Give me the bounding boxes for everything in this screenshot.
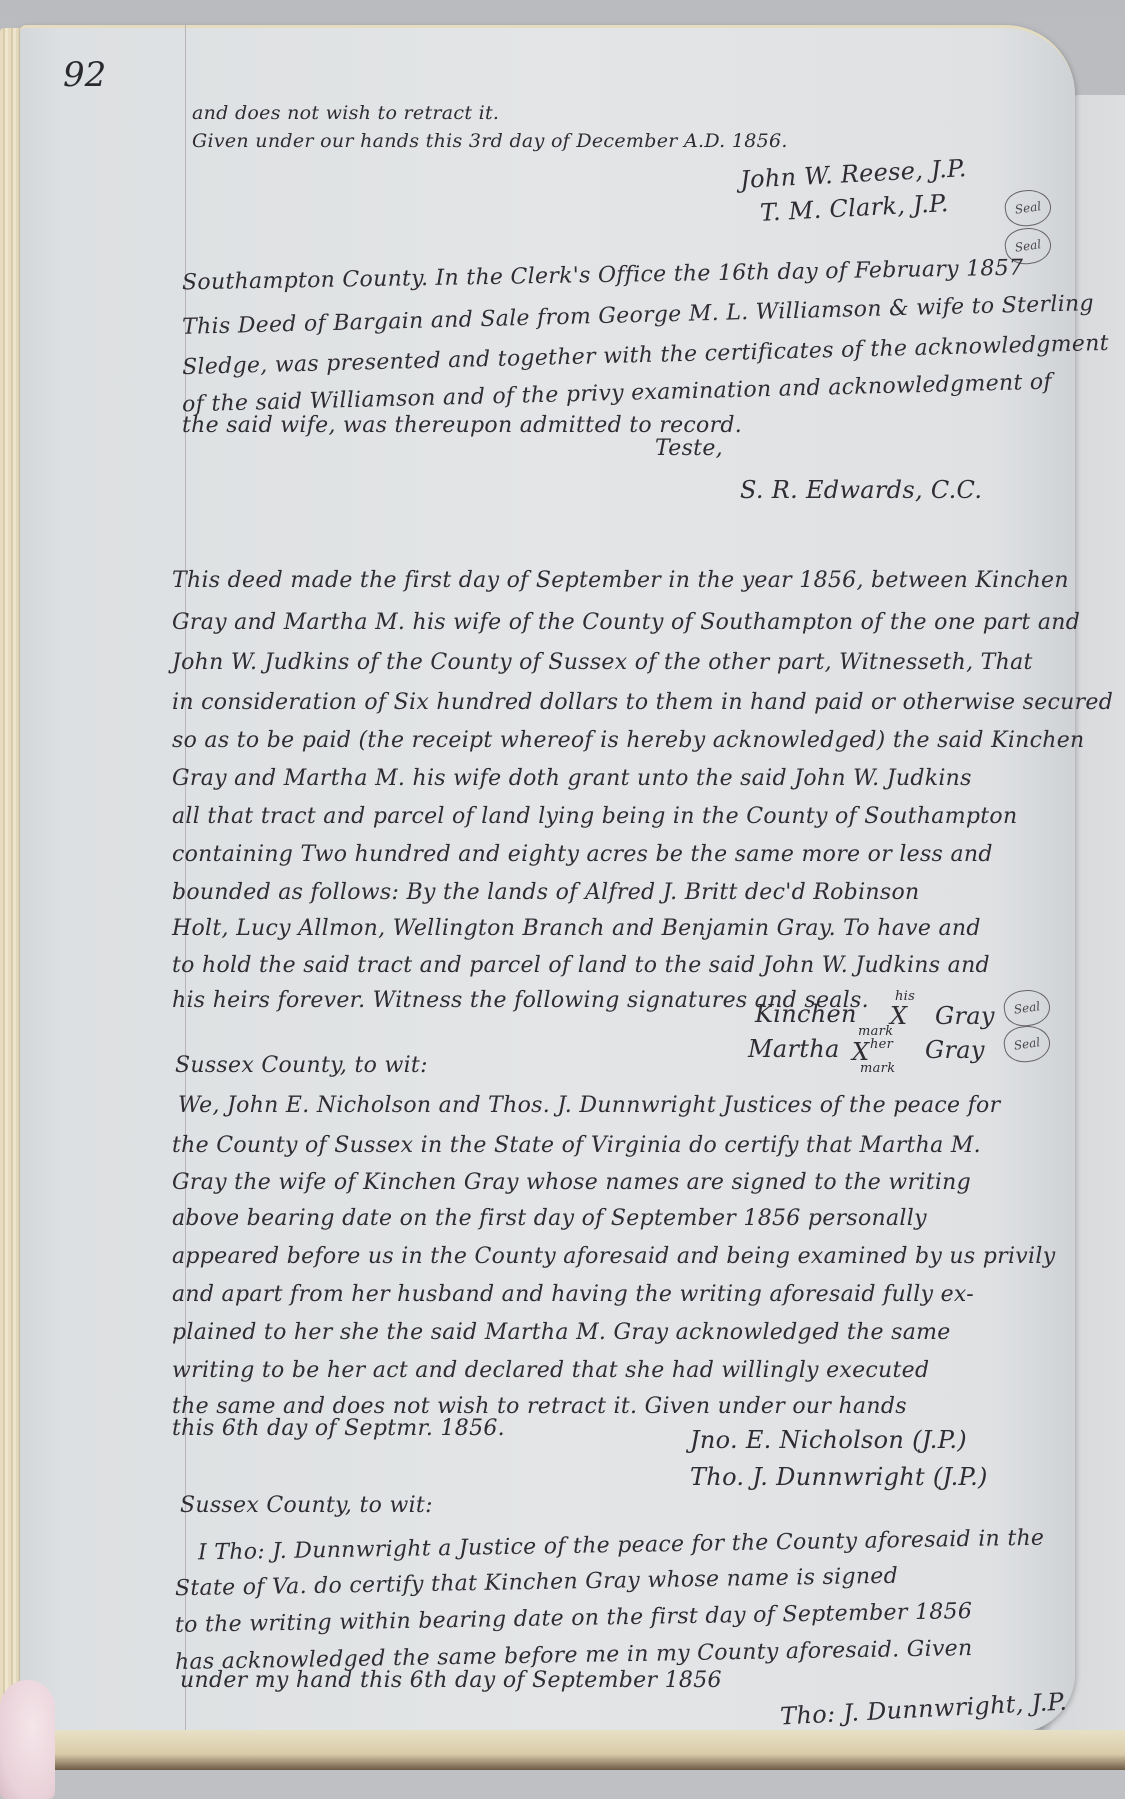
certificate-line: this 6th day of Septmr. 1856. bbox=[172, 1418, 505, 1440]
gloved-finger bbox=[0, 1680, 55, 1799]
certificate-line: Gray the wife of Kinchen Gray whose name… bbox=[172, 1172, 971, 1194]
recording-line: the said wife, was thereupon admitted to… bbox=[182, 415, 742, 437]
certificate-line: and apart from her husband and having th… bbox=[172, 1284, 974, 1306]
grantor-last-name: Gray bbox=[925, 1038, 985, 1062]
deed-line: Gray and Martha M. his wife doth grant u… bbox=[172, 768, 972, 790]
certificate-line: under my hand this 6th day of September … bbox=[180, 1670, 722, 1692]
clerk-signature: S. R. Edwards, C.C. bbox=[740, 478, 982, 502]
certificate-line: appeared before us in the County aforesa… bbox=[172, 1246, 1055, 1268]
deed-line: containing Two hundred and eighty acres … bbox=[172, 844, 993, 866]
deed-line: so as to be paid (the receipt whereof is… bbox=[172, 730, 1085, 752]
justice-signature: Jno. E. Nicholson (J.P.) bbox=[690, 1428, 967, 1452]
section1-line: and does not wish to retract it. bbox=[192, 104, 499, 123]
mark-label-her: her bbox=[870, 1038, 893, 1051]
deed-line: This deed made the first day of Septembe… bbox=[172, 570, 1069, 592]
certificate-line: We, John E. Nicholson and Thos. J. Dunnw… bbox=[178, 1095, 1000, 1117]
deed-line: all that tract and parcel of land lying … bbox=[172, 806, 1017, 828]
certificate-heading: Sussex County, to wit: bbox=[180, 1495, 433, 1517]
certificate-line: the County of Sussex in the State of Vir… bbox=[172, 1135, 981, 1157]
deed-line: bounded as follows: By the lands of Alfr… bbox=[172, 882, 919, 904]
certificate-line: writing to be her act and declared that … bbox=[172, 1360, 929, 1382]
grantor-first-name: Martha bbox=[748, 1037, 840, 1061]
deed-line: in consideration of Six hundred dollars … bbox=[172, 692, 1113, 714]
section1-line: Given under our hands this 3rd day of De… bbox=[192, 132, 788, 151]
deed-line: John W. Judkins of the County of Sussex … bbox=[172, 652, 1033, 674]
certificate-heading: Sussex County, to wit: bbox=[175, 1055, 428, 1077]
teste-label: Teste, bbox=[655, 438, 723, 460]
grantor-last-name: Gray bbox=[935, 1004, 995, 1028]
page-number: 92 bbox=[63, 55, 106, 95]
certificate-line: plained to her she the said Martha M. Gr… bbox=[172, 1322, 951, 1344]
certificate-line: above bearing date on the first day of S… bbox=[172, 1208, 927, 1230]
page-stack-edge bbox=[0, 28, 22, 1748]
deed-line: to hold the said tract and parcel of lan… bbox=[172, 955, 990, 977]
book-bottom-edge bbox=[40, 1730, 1125, 1770]
deed-line: Holt, Lucy Allmon, Wellington Branch and… bbox=[172, 918, 981, 940]
grantor-first-name: Kinchen bbox=[755, 1002, 857, 1026]
deed-line: Gray and Martha M. his wife of the Count… bbox=[172, 612, 1080, 634]
mark-label: mark bbox=[860, 1062, 895, 1075]
justice-signature: Tho. J. Dunnwright (J.P.) bbox=[690, 1465, 988, 1489]
certificate-line: the same and does not wish to retract it… bbox=[172, 1396, 907, 1418]
